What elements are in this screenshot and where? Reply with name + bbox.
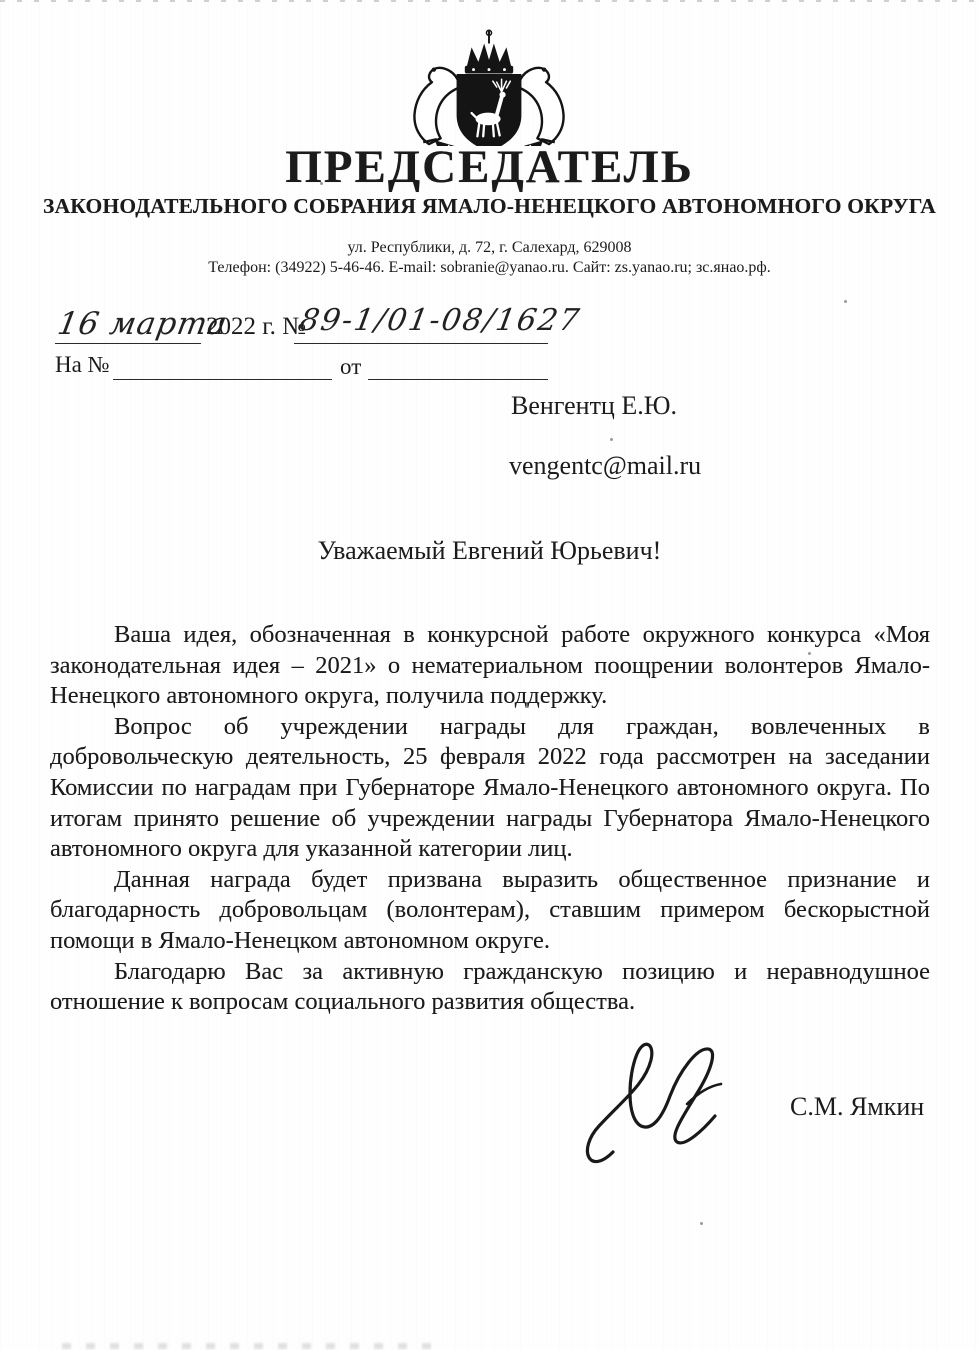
letter-body: Ваша идея, обозначенная в конкурсной раб… [50,620,930,1018]
document-page: ПРЕДСЕДАТЕЛЬ ЗАКОНОДАТЕЛЬНОГО СОБРАНИЯ Я… [0,0,979,1350]
reply-from-underline [368,379,548,380]
body-paragraph: Вопрос об учреждении награды для граждан… [50,712,930,865]
recipient-email: vengentc@mail.ru [509,451,701,481]
reply-to-label: На № [55,352,110,378]
scan-speck [844,300,847,303]
recipient-name: Венгентц Е.Ю. [511,391,677,421]
scan-speck [808,652,811,655]
signer-name: С.М. Ямкин [790,1092,924,1122]
handwritten-signature-icon [575,1030,765,1190]
ref-date-printed: 2022 г. № [206,313,306,341]
ref-number-handwritten: 89-1/01-08/1627 [297,303,584,338]
org-contacts: Телефон: (34922) 5-46-46. E-mail: sobran… [0,259,979,277]
yanao-coat-of-arms-icon [371,28,607,146]
ref-number-underline [294,343,548,344]
ref-date-handwritten: 16 марта [55,306,231,342]
scan-speck [320,182,323,185]
org-address: ул. Республики, д. 72, г. Салехард, 6290… [0,239,979,257]
scan-top-edge-artifact [0,0,979,2]
body-paragraph: Данная награда будет призвана выразить о… [50,865,930,957]
reply-number-underline [113,379,332,380]
body-paragraph: Ваша идея, обозначенная в конкурсной раб… [50,620,930,712]
scan-speck [700,1222,703,1225]
org-subtitle: ЗАКОНОДАТЕЛЬНОГО СОБРАНИЯ ЯМАЛО-НЕНЕЦКОГ… [0,194,979,219]
body-paragraph: Благодарю Вас за активную гражданскую по… [50,957,930,1018]
page-title: ПРЕДСЕДАТЕЛЬ [0,140,979,194]
ref-date-underline [55,343,201,344]
scan-bottom-edge-artifact [62,1343,442,1349]
scan-speck [610,438,613,441]
reply-from-label: от [340,354,361,380]
salutation: Уважаемый Евгений Юрьевич! [0,536,979,566]
